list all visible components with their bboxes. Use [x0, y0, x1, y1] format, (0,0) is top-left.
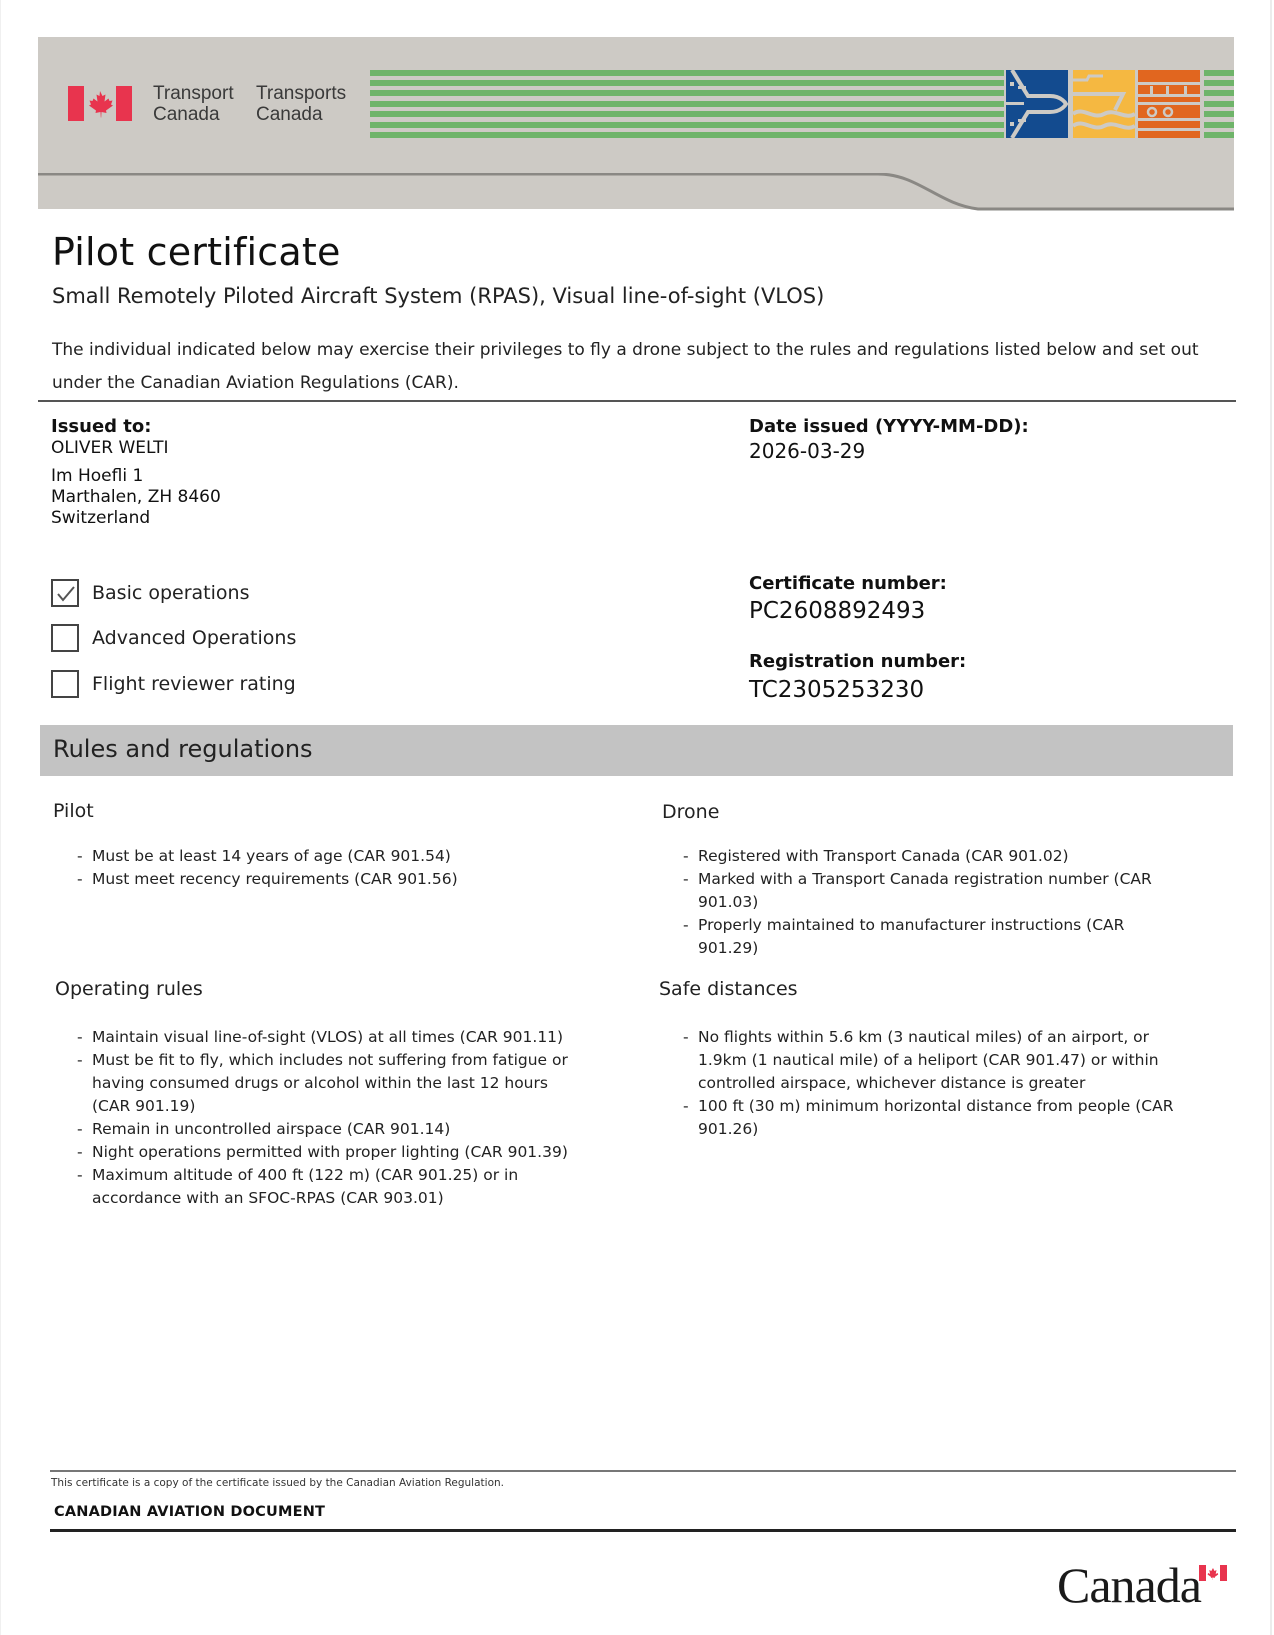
- canada-flag-icon: [68, 86, 132, 121]
- registration-number: TC2305253230: [749, 677, 924, 703]
- date-issued-label: Date issued (YYYY-MM-DD):: [749, 416, 1029, 437]
- checkbox-unchecked: [51, 670, 79, 698]
- divider: [38, 400, 1236, 402]
- footer-divider: [50, 1470, 1236, 1472]
- rating-label: Advanced Operations: [92, 627, 296, 649]
- rating-flight-reviewer: Flight reviewer rating: [51, 670, 296, 698]
- canada-flag-icon: [1199, 1565, 1227, 1581]
- banner-curve: [38, 172, 1234, 212]
- org-name-en: Transport Canada: [153, 83, 234, 125]
- rules-section-header: Rules and regulations: [40, 725, 1233, 776]
- safe-distances-heading: Safe distances: [659, 978, 798, 1000]
- rules-title: Rules and regulations: [53, 735, 313, 763]
- rule-item: Remain in uncontrolled airspace (CAR 901…: [77, 1118, 577, 1141]
- rule-item: Marked with a Transport Canada registrat…: [683, 868, 1173, 914]
- document-type: CANADIAN AVIATION DOCUMENT: [54, 1504, 325, 1520]
- holder-address: Im Hoefli 1 Marthalen, ZH 8460 Switzerla…: [51, 466, 221, 529]
- footer-divider-thick: [50, 1529, 1236, 1532]
- rule-item: Must meet recency requirements (CAR 901.…: [77, 868, 597, 891]
- issued-to-label: Issued to:: [51, 416, 151, 437]
- rule-item: Must be at least 14 years of age (CAR 90…: [77, 845, 597, 868]
- pilot-rules-list: Must be at least 14 years of age (CAR 90…: [77, 845, 597, 891]
- safe-distances-list: No flights within 5.6 km (3 nautical mil…: [683, 1026, 1178, 1141]
- certificate-number: PC2608892493: [749, 598, 925, 624]
- page-title: Pilot certificate: [52, 230, 341, 274]
- operating-rules-heading: Operating rules: [55, 978, 203, 1000]
- checkmark-icon: [56, 584, 76, 604]
- ship-icon: [1073, 70, 1135, 138]
- drone-heading: Drone: [662, 801, 719, 823]
- checkbox-checked: [51, 579, 79, 607]
- rating-advanced-operations: Advanced Operations: [51, 624, 296, 652]
- holder-name: OLIVER WELTI: [51, 438, 169, 458]
- certificate-number-label: Certificate number:: [749, 573, 947, 594]
- rule-item: Properly maintained to manufacturer inst…: [683, 914, 1173, 960]
- date-issued-value: 2026-03-29: [749, 439, 865, 463]
- green-stripes-right: [1204, 70, 1234, 140]
- rule-item: Maximum altitude of 400 ft (122 m) (CAR …: [77, 1164, 577, 1210]
- canada-wordmark: Canada: [1057, 1556, 1201, 1614]
- drone-rules-list: Registered with Transport Canada (CAR 90…: [683, 845, 1173, 960]
- checkbox-unchecked: [51, 624, 79, 652]
- registration-number-label: Registration number:: [749, 651, 966, 672]
- rule-item: Night operations permitted with proper l…: [77, 1141, 577, 1164]
- rule-item: Maintain visual line-of-sight (VLOS) at …: [77, 1026, 577, 1049]
- footer-note: This certificate is a copy of the certif…: [51, 1477, 504, 1489]
- rating-basic-operations: Basic operations: [51, 579, 249, 607]
- rule-item: Must be fit to fly, which includes not s…: [77, 1049, 577, 1118]
- rail-icon: [1138, 70, 1200, 138]
- operating-rules-list: Maintain visual line-of-sight (VLOS) at …: [77, 1026, 577, 1210]
- rule-item: No flights within 5.6 km (3 nautical mil…: [683, 1026, 1178, 1095]
- rating-label: Basic operations: [92, 582, 249, 604]
- rule-item: 100 ft (30 m) minimum horizontal distanc…: [683, 1095, 1178, 1141]
- green-stripes: [370, 70, 1004, 140]
- page-subtitle: Small Remotely Piloted Aircraft System (…: [52, 284, 824, 308]
- org-name-fr: Transports Canada: [256, 83, 346, 125]
- airplane-icon: [1006, 70, 1068, 138]
- rating-label: Flight reviewer rating: [92, 673, 296, 695]
- rule-item: Registered with Transport Canada (CAR 90…: [683, 845, 1173, 868]
- pilot-heading: Pilot: [53, 800, 94, 822]
- intro-text: The individual indicated below may exerc…: [52, 334, 1202, 400]
